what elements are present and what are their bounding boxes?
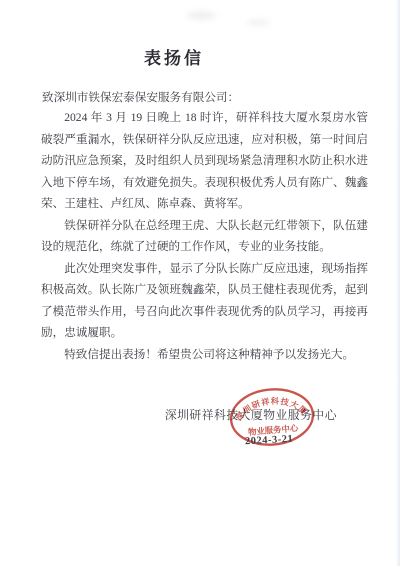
letter-body: 2024 年 3 月 19 日晚上 18 时许，研祥科技大厦水泵房水管破裂严重漏… — [41, 107, 368, 365]
paragraph: 铁保研祥分队在总经理王虎、大队长赵元红带领下，队伍建设的规范化，练就了过硬的工作… — [41, 215, 368, 258]
paragraph: 特致信提出表扬！希望贵公司将这种精神予以发扬光大。 — [41, 344, 368, 366]
commendation-letter-page: 表扬信 致深圳市铁保宏泰保安服务有限公司： 2024 年 3 月 19 日晚上 … — [0, 0, 400, 566]
scan-smudge — [186, 11, 216, 20]
scan-edge-shadow — [396, 0, 400, 566]
paragraph: 2024 年 3 月 19 日晚上 18 时许，研祥科技大厦水泵房水管破裂严重漏… — [41, 107, 368, 215]
scan-smudge — [246, 19, 270, 26]
paragraph: 此次处理突发事件，显示了分队长陈广反应迅速，现场指挥积极高效。队长陈广及领班魏鑫… — [41, 258, 368, 344]
salutation-line: 致深圳市铁保宏泰保安服务有限公司： — [42, 90, 367, 106]
letter-title: 表扬信 — [0, 44, 374, 69]
